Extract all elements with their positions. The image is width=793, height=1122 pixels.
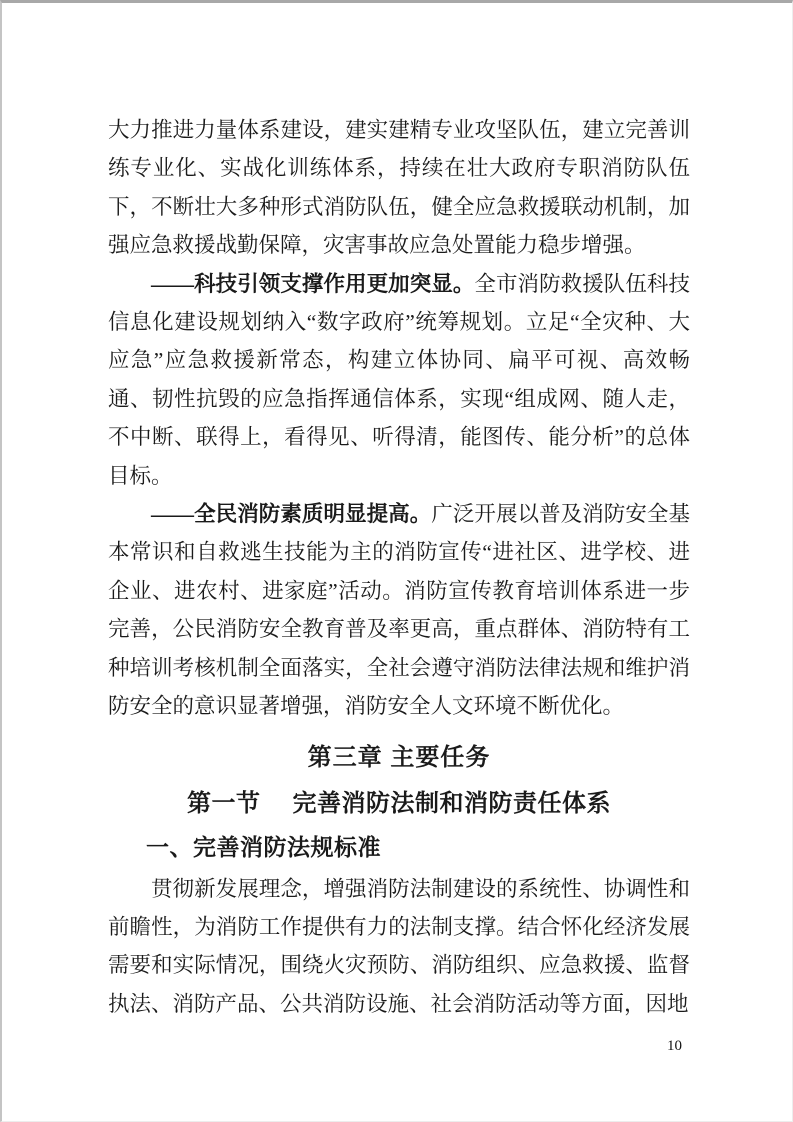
paragraph-public-quality: ——全民消防素质明显提高。广泛开展以普及消防安全基本常识和自救逃生技能为主的消防… bbox=[108, 495, 690, 725]
section-number-label: 第一节 bbox=[187, 791, 261, 817]
paragraph-carryover: 大力推进力量体系建设，建实建精专业攻坚队伍，建立完善训练专业化、实战化训练体系，… bbox=[108, 111, 690, 265]
page-number: 10 bbox=[667, 1036, 682, 1056]
paragraph-tech-body: 全市消防救援队伍科技信息化建设规划纳入“数字政府”统筹规划。立足“全灾种、大应急… bbox=[108, 272, 690, 488]
sub-heading-law-standards: 一、完善消防法规标准 bbox=[108, 830, 690, 864]
chapter-heading: 第三章 主要任务 bbox=[108, 742, 690, 774]
paragraph-public-body: 广泛开展以普及消防安全基本常识和自救逃生技能为主的消防宣传“进社区、进学校、进企… bbox=[108, 502, 690, 718]
section-heading: 第一节完善消防法制和消防责任体系 bbox=[108, 787, 690, 821]
document-page: 大力推进力量体系建设，建实建精专业攻坚队伍，建立完善训练专业化、实战化训练体系，… bbox=[0, 0, 793, 1122]
paragraph-tech-lead-bold: ——科技引领支撑作用更加突显。 bbox=[151, 272, 474, 296]
paragraph-public-lead-bold: ——全民消防素质明显提高。 bbox=[151, 502, 431, 526]
paragraph-law-development: 贯彻新发展理念，增强消防法制建设的系统性、协调性和前瞻性，为消防工作提供有力的法… bbox=[108, 870, 690, 1024]
paragraph-tech-support: ——科技引领支撑作用更加突显。全市消防救援队伍科技信息化建设规划纳入“数字政府”… bbox=[108, 265, 690, 495]
page-body: 大力推进力量体系建设，建实建精专业攻坚队伍，建立完善训练专业化、实战化训练体系，… bbox=[108, 111, 690, 1023]
section-title: 完善消防法制和消防责任体系 bbox=[293, 791, 612, 817]
